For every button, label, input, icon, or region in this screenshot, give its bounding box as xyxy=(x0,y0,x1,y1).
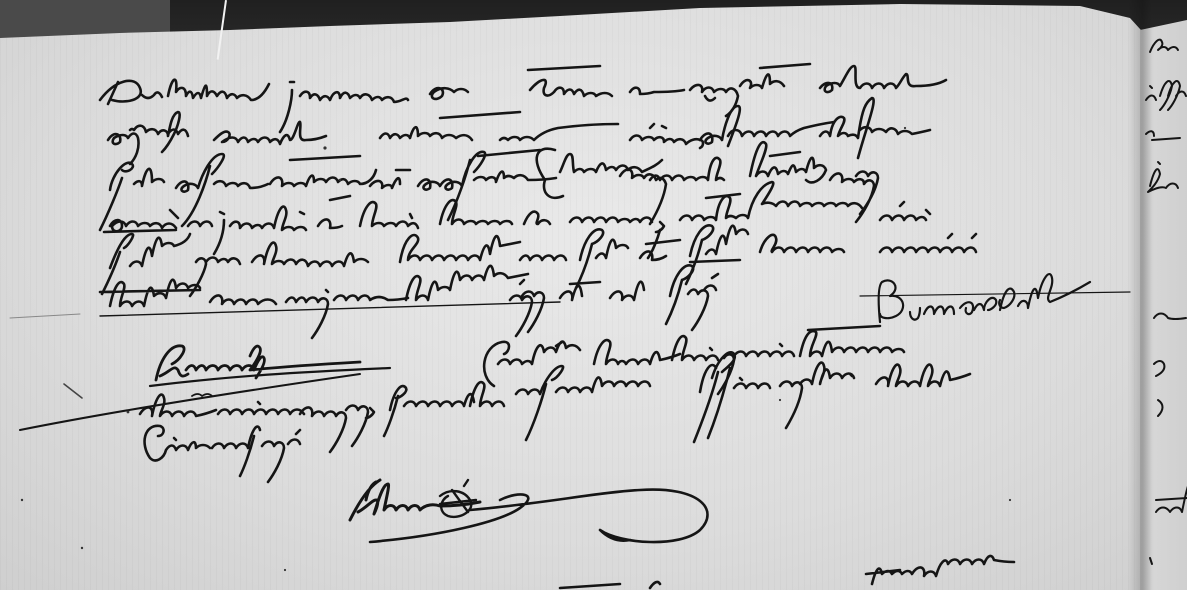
witness-signature-text: Bonnardel xyxy=(880,284,1017,314)
next-entry-text: acte de decès xyxy=(870,560,1050,590)
left-signature-text: Bourcier xyxy=(150,348,265,378)
constate-line-2: blanc maire de gap, faisant les fonction… xyxy=(140,385,1005,415)
margin-annotations xyxy=(1146,40,1187,564)
transcription-line-4: decedé ce jourdhui à trois heures du mat… xyxy=(104,205,1001,235)
document-scan: Du huitième jour du mois de thermidor an… xyxy=(0,0,1187,590)
transcription-line-3: fils de feu antoine et de defunte Claudi… xyxy=(106,162,984,192)
transcription-line-1: Du huitième jour du mois de thermidor an… xyxy=(100,72,914,102)
constate-line-1: Constaté suivant la loi par moi Estienne xyxy=(494,340,1021,370)
transcription-line-5: faitte par alexandre bonnardel son fils … xyxy=(104,242,984,272)
mayor-signature-text: Blanc xyxy=(350,478,424,508)
constate-line-3: civil soussigné xyxy=(145,428,337,458)
transcription-line-6: tous les deux majeurs habitants à gap et… xyxy=(104,280,768,310)
transcription-line-2: de joseph bonnardel cidevant meunier âgé… xyxy=(104,115,991,145)
